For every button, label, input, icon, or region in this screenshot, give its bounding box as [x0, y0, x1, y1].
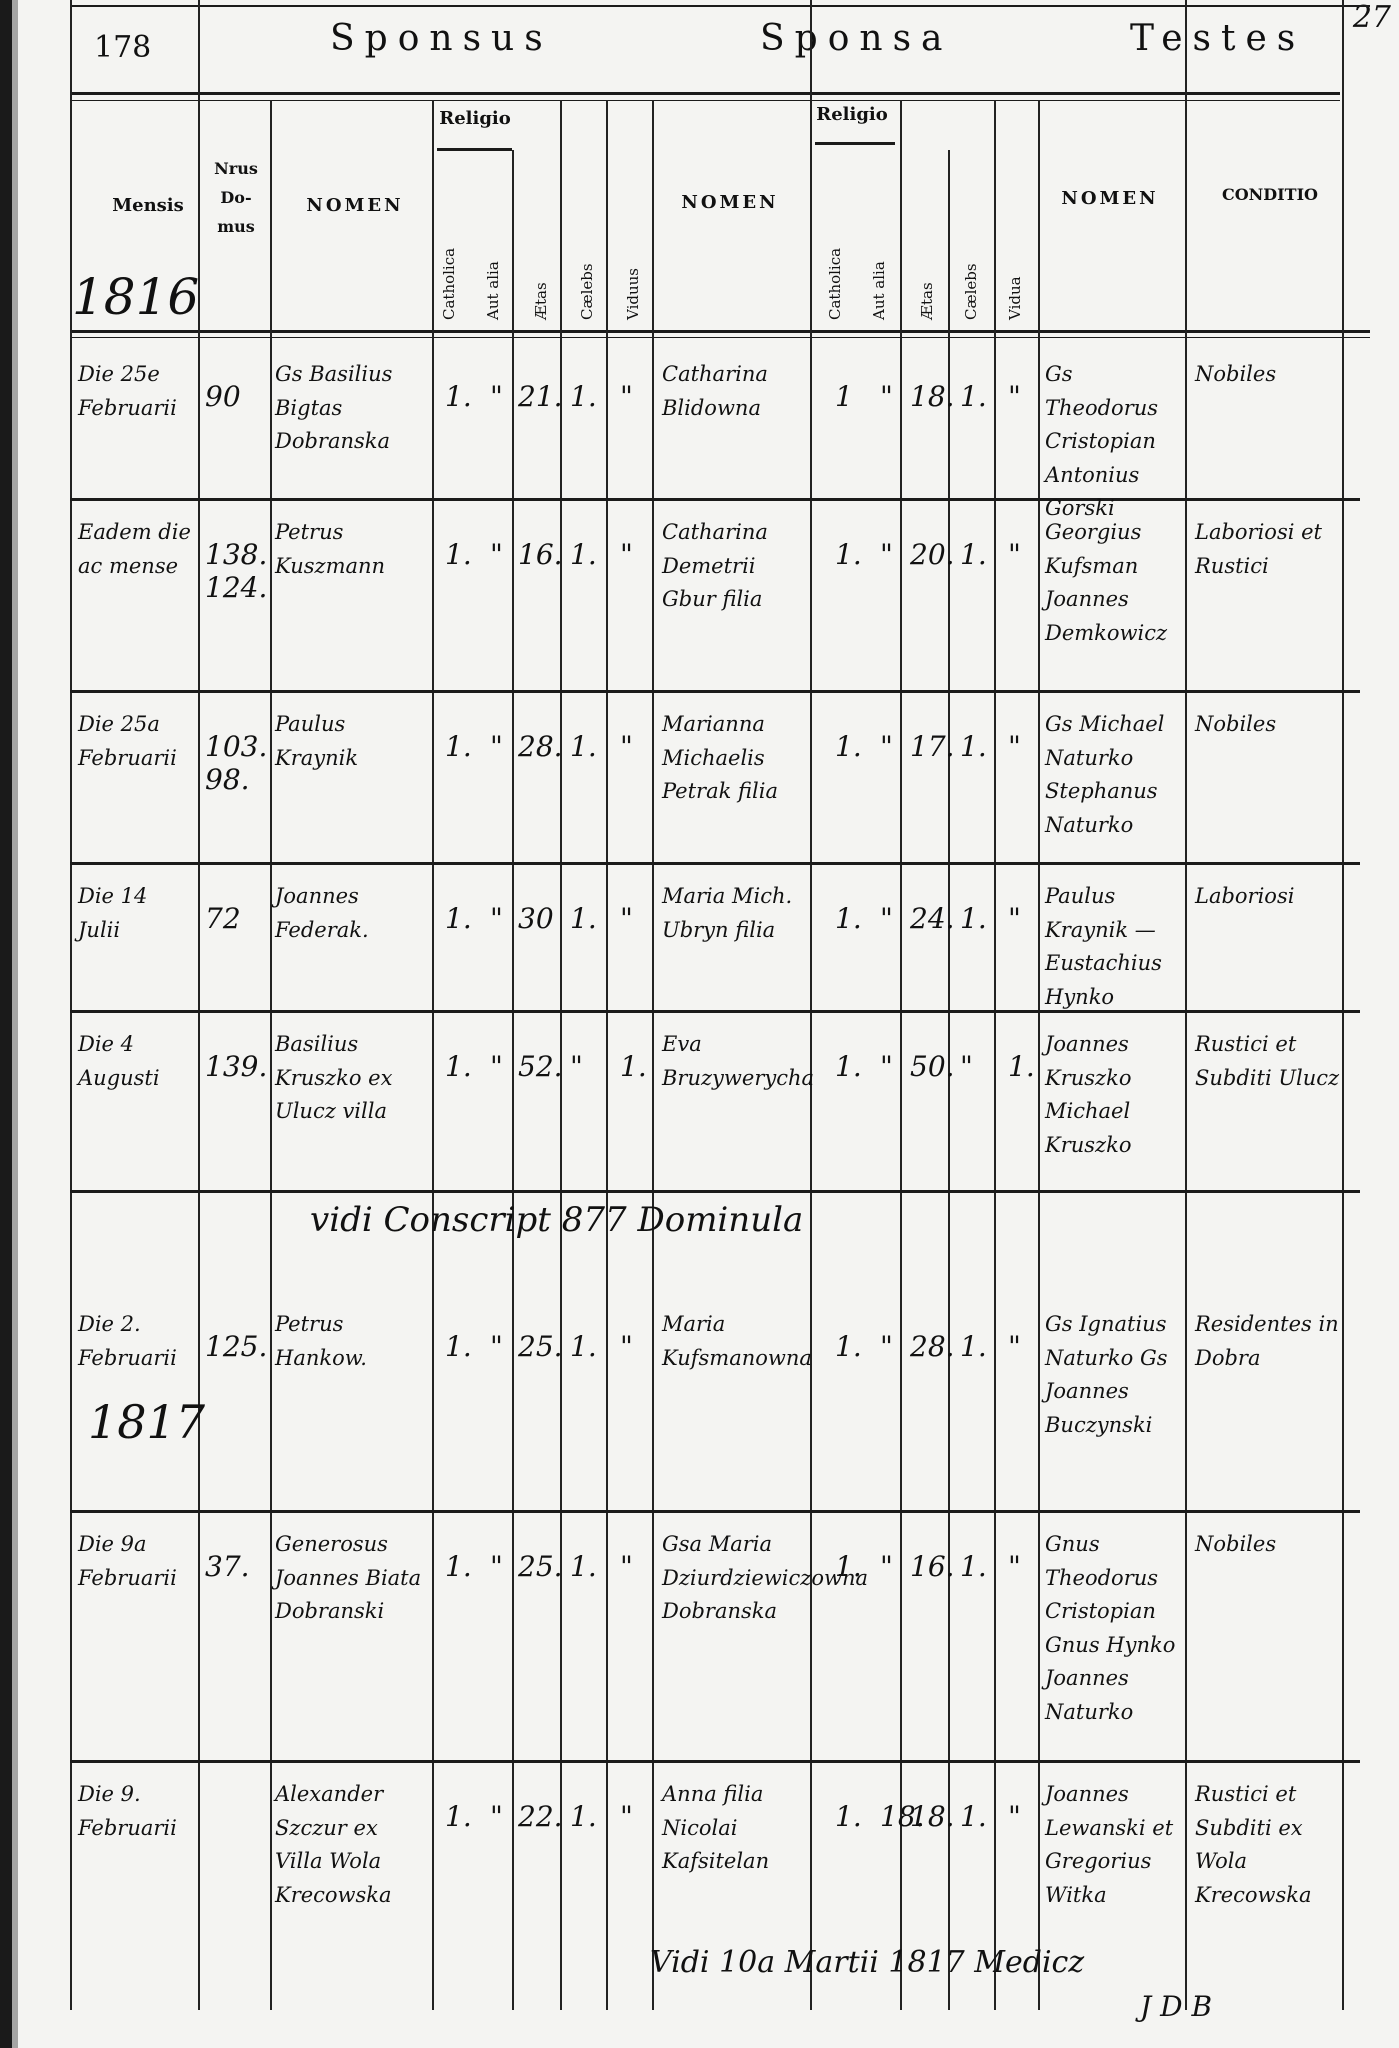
- groom-catholica-cell: 1.: [445, 1800, 485, 1833]
- bride-aetas-cell: 17.: [910, 730, 950, 763]
- header-nrus-domus: Nrus Do- mus: [206, 155, 266, 241]
- bride-catholica-cell: 1.: [835, 902, 875, 935]
- groom-catholica-cell: 1.: [445, 1050, 485, 1083]
- header-rule: [70, 92, 1340, 95]
- groom-caelebs-cell: 1.: [570, 380, 600, 413]
- groom-aut-alia-cell: ": [490, 380, 510, 413]
- groom-caelebs-cell: 1.: [570, 730, 600, 763]
- bride-name-cell: Catharina Demetrii Gbur filia: [662, 516, 807, 617]
- groom-aut-alia-cell: ": [490, 1050, 510, 1083]
- bride-aetas-cell: 18.: [910, 380, 950, 413]
- bride-vidua-cell: ": [1008, 538, 1038, 571]
- column-rule: [512, 150, 514, 2010]
- witnesses-cell: Gs Michael Naturko Stephanus Naturko: [1045, 708, 1185, 842]
- bride-name-cell: Gsa Maria Dziurdziewiczowna Dobranska: [662, 1528, 807, 1629]
- bride-aut-alia-cell: ": [880, 380, 910, 413]
- house-number-cell: 72: [205, 902, 265, 935]
- bride-vidua-cell: ": [1008, 380, 1038, 413]
- bride-caelebs-cell: 1.: [960, 1330, 990, 1363]
- bride-aut-alia-cell: ": [880, 1050, 910, 1083]
- house-number-cell: 139.: [205, 1050, 265, 1083]
- bride-aetas-cell: 16.: [910, 1550, 950, 1583]
- groom-aut-alia-cell: ": [490, 1330, 510, 1363]
- year-1816: 1816: [72, 268, 199, 326]
- book-spine: [0, 0, 12, 2048]
- groom-name-cell: Petrus Kuszmann: [275, 516, 430, 583]
- bride-caelebs-cell: 1.: [960, 902, 990, 935]
- groom-name-cell: Generosus Joannes Biata Dobranski: [275, 1528, 430, 1629]
- religio-rule-sponsus: [437, 148, 512, 151]
- witnesses-cell: Paulus Kraynik — Eustachius Hynko: [1045, 880, 1185, 1014]
- conditio-cell: Nobiles: [1195, 708, 1340, 742]
- header-catholica-sponsus: Catholica: [440, 220, 458, 320]
- year-1817: 1817: [88, 1395, 205, 1449]
- column-rule: [432, 100, 434, 2010]
- groom-viduus-cell: ": [620, 1800, 650, 1833]
- header-vidua: Vidua: [1006, 270, 1024, 320]
- groom-name-cell: Joannes Federak.: [275, 880, 430, 947]
- column-rule: [1038, 100, 1040, 2010]
- header-conditio: CONDITIO: [1205, 185, 1335, 204]
- section-testes: Testes: [1130, 18, 1305, 59]
- bride-aetas-cell: 20.: [910, 538, 950, 571]
- bride-caelebs-cell: 1.: [960, 538, 990, 571]
- date-cell: Die 25e Februarii: [78, 358, 193, 425]
- column-rule: [1342, 0, 1344, 2010]
- header-aetas-sponsus: Ætas: [532, 260, 550, 320]
- bride-aut-alia-cell: ": [880, 902, 910, 935]
- bride-aetas-cell: 24.: [910, 902, 950, 935]
- header-rule-2: [70, 100, 1340, 101]
- bride-name-cell: Anna filia Nicolai Kafsitelan: [662, 1778, 807, 1879]
- bride-name-cell: Eva Bruzywerycha: [662, 1028, 807, 1095]
- header-aut-alia-sponsa: Aut alia: [870, 230, 888, 320]
- column-head-rule: [70, 330, 1370, 333]
- groom-name-cell: Alexander Szczur ex Villa Wola Krecowska: [275, 1778, 430, 1912]
- row-rule: [70, 1510, 1360, 1513]
- groom-aut-alia-cell: ": [490, 1550, 510, 1583]
- header-religio-sponsa: Religio: [812, 104, 892, 125]
- groom-name-cell: Petrus Hankow.: [275, 1308, 430, 1375]
- bride-vidua-cell: ": [1008, 1550, 1038, 1583]
- bride-aetas-cell: 28.: [910, 1330, 950, 1363]
- groom-viduus-cell: 1.: [620, 1050, 650, 1083]
- groom-viduus-cell: ": [620, 902, 650, 935]
- date-cell: Eadem die ac mense: [78, 516, 193, 583]
- bride-vidua-cell: ": [1008, 902, 1038, 935]
- groom-catholica-cell: 1.: [445, 730, 485, 763]
- groom-caelebs-cell: 1.: [570, 902, 600, 935]
- groom-name-cell: Paulus Kraynik: [275, 708, 430, 775]
- groom-viduus-cell: ": [620, 380, 650, 413]
- bride-aetas-cell: 50.: [910, 1050, 950, 1083]
- groom-aetas-cell: 30: [518, 902, 558, 935]
- groom-catholica-cell: 1.: [445, 1550, 485, 1583]
- date-cell: Die 25a Februarii: [78, 708, 193, 775]
- date-cell: Die 2. Februarii: [78, 1308, 193, 1375]
- witnesses-cell: Gs Ignatius Naturko Gs Joannes Buczynski: [1045, 1308, 1185, 1442]
- book-spine-shadow: [12, 0, 18, 2048]
- column-rule: [994, 100, 996, 2010]
- page-number: 178: [94, 30, 151, 65]
- bride-catholica-cell: 1.: [835, 1800, 875, 1833]
- header-nomen-testes: NOMEN: [1040, 188, 1180, 209]
- groom-name-cell: Basilius Kruszko ex Ulucz villa: [275, 1028, 430, 1129]
- column-rule: [606, 100, 608, 2010]
- section-sponsa: Sponsa: [760, 18, 953, 59]
- house-number-cell: 138. 124.: [205, 538, 265, 604]
- row-rule: [70, 690, 1360, 693]
- bride-catholica-cell: 1.: [835, 1330, 875, 1363]
- header-nomen-sponsus: NOMEN: [285, 195, 425, 216]
- groom-viduus-cell: ": [620, 538, 650, 571]
- column-rule: [810, 0, 812, 2010]
- groom-aetas-cell: 16.: [518, 538, 558, 571]
- bride-name-cell: Marianna Michaelis Petrak filia: [662, 708, 807, 809]
- house-number-cell: 125.: [205, 1330, 265, 1363]
- date-cell: Die 14 Julii: [78, 880, 193, 947]
- bride-aut-alia-cell: ": [880, 1550, 910, 1583]
- header-nomen-sponsa: NOMEN: [660, 192, 800, 213]
- conditio-cell: Laboriosi et Rustici: [1195, 516, 1340, 583]
- house-number-cell: 90: [205, 380, 265, 413]
- groom-catholica-cell: 1.: [445, 902, 485, 935]
- bride-vidua-cell: ": [1008, 730, 1038, 763]
- bride-aut-alia-cell: ": [880, 538, 910, 571]
- conditio-cell: Nobiles: [1195, 358, 1340, 392]
- bride-catholica-cell: 1.: [835, 538, 875, 571]
- top-rule: [70, 5, 1370, 7]
- date-cell: Die 9a Februarii: [78, 1528, 193, 1595]
- witnesses-cell: Joannes Lewanski et Gregorius Witka: [1045, 1778, 1185, 1912]
- column-rule: [270, 100, 272, 2010]
- groom-viduus-cell: ": [620, 1550, 650, 1583]
- conditio-cell: Rustici et Subditi ex Wola Krecowska: [1195, 1778, 1340, 1912]
- groom-catholica-cell: 1.: [445, 380, 485, 413]
- header-caelebs-sponsus: Cælebs: [578, 250, 596, 320]
- bride-caelebs-cell: ": [960, 1050, 990, 1083]
- bride-name-cell: Maria Kufsmanowna: [662, 1308, 807, 1375]
- groom-aetas-cell: 28.: [518, 730, 558, 763]
- section-sponsus: Sponsus: [330, 18, 553, 59]
- row-rule: [70, 1760, 1360, 1763]
- groom-catholica-cell: 1.: [445, 1330, 485, 1363]
- groom-viduus-cell: ": [620, 730, 650, 763]
- header-mensis: Mensis: [98, 195, 198, 216]
- date-cell: Die 4 Augusti: [78, 1028, 193, 1095]
- bride-catholica-cell: 1.: [835, 1550, 875, 1583]
- column-rule: [1185, 0, 1187, 2010]
- bride-name-cell: Maria Mich. Ubryn filia: [662, 880, 807, 947]
- house-number-cell: 103. 98.: [205, 730, 265, 796]
- conditio-cell: Rustici et Subditi Ulucz: [1195, 1028, 1340, 1095]
- visitation-note: Vidi 10a Martii 1817 Medicz: [650, 1945, 1084, 1980]
- groom-aetas-cell: 25.: [518, 1550, 558, 1583]
- conditio-cell: Laboriosi: [1195, 880, 1340, 914]
- bride-aut-alia-cell: ": [880, 730, 910, 763]
- groom-aetas-cell: 25.: [518, 1330, 558, 1363]
- groom-aetas-cell: 52.: [518, 1050, 558, 1083]
- header-catholica-sponsa: Catholica: [826, 220, 844, 320]
- conditio-cell: Residentes in Dobra: [1195, 1308, 1340, 1375]
- groom-caelebs-cell: 1.: [570, 1550, 600, 1583]
- witnesses-cell: Gs Theodorus Cristopian Antonius Gorski: [1045, 358, 1185, 526]
- header-aetas-sponsa: Ætas: [918, 265, 936, 320]
- witnesses-cell: Gnus Theodorus Cristopian Gnus Hynko Joa…: [1045, 1528, 1185, 1730]
- groom-aetas-cell: 21.: [518, 380, 558, 413]
- groom-aut-alia-cell: ": [490, 1800, 510, 1833]
- groom-name-cell: Gs Basilius Bigtas Dobranska: [275, 358, 430, 459]
- witnesses-cell: Joannes Kruszko Michael Kruszko: [1045, 1028, 1185, 1162]
- bride-vidua-cell: ": [1008, 1330, 1038, 1363]
- header-aut-alia-sponsus: Aut alia: [484, 230, 502, 320]
- religio-rule-sponsa: [815, 142, 895, 145]
- groom-caelebs-cell: 1.: [570, 1330, 600, 1363]
- bride-caelebs-cell: 1.: [960, 1800, 990, 1833]
- groom-aut-alia-cell: ": [490, 902, 510, 935]
- conditio-cell: Nobiles: [1195, 1528, 1340, 1562]
- signature: J D B: [1140, 1990, 1212, 2023]
- bride-caelebs-cell: 1.: [960, 730, 990, 763]
- header-caelebs-sponsa: Cælebs: [962, 250, 980, 320]
- bride-vidua-cell: 1.: [1008, 1050, 1038, 1083]
- bride-caelebs-cell: 1.: [960, 380, 990, 413]
- groom-caelebs-cell: ": [570, 1050, 600, 1083]
- row-rule: [70, 1190, 1360, 1193]
- groom-caelebs-cell: 1.: [570, 1800, 600, 1833]
- column-rule: [652, 100, 654, 2010]
- header-religio-sponsus: Religio: [435, 108, 515, 129]
- bride-catholica-cell: 1: [835, 380, 875, 413]
- groom-caelebs-cell: 1.: [570, 538, 600, 571]
- vidi-conscript-note: vidi Conscript 877 Dominula: [310, 1200, 803, 1240]
- groom-catholica-cell: 1.: [445, 538, 485, 571]
- column-head-rule-2: [70, 337, 1370, 338]
- bride-name-cell: Catharina Blidowna: [662, 358, 807, 425]
- house-number-cell: 37.: [205, 1550, 265, 1583]
- groom-aut-alia-cell: ": [490, 730, 510, 763]
- bride-catholica-cell: 1.: [835, 730, 875, 763]
- date-cell: Die 9. Februarii: [78, 1778, 193, 1845]
- groom-viduus-cell: ": [620, 1330, 650, 1363]
- groom-aetas-cell: 22.: [518, 1800, 558, 1833]
- row-rule: [70, 862, 1360, 865]
- bride-aut-alia-cell: 18.: [880, 1800, 910, 1833]
- groom-aut-alia-cell: ": [490, 538, 510, 571]
- bride-catholica-cell: 1.: [835, 1050, 875, 1083]
- bride-aetas-cell: 18.: [910, 1800, 950, 1833]
- witnesses-cell: Georgius Kufsman Joannes Demkowicz: [1045, 516, 1185, 650]
- bride-caelebs-cell: 1.: [960, 1550, 990, 1583]
- bride-vidua-cell: ": [1008, 1800, 1038, 1833]
- header-viduus: Viduus: [624, 240, 642, 320]
- bride-aut-alia-cell: ": [880, 1330, 910, 1363]
